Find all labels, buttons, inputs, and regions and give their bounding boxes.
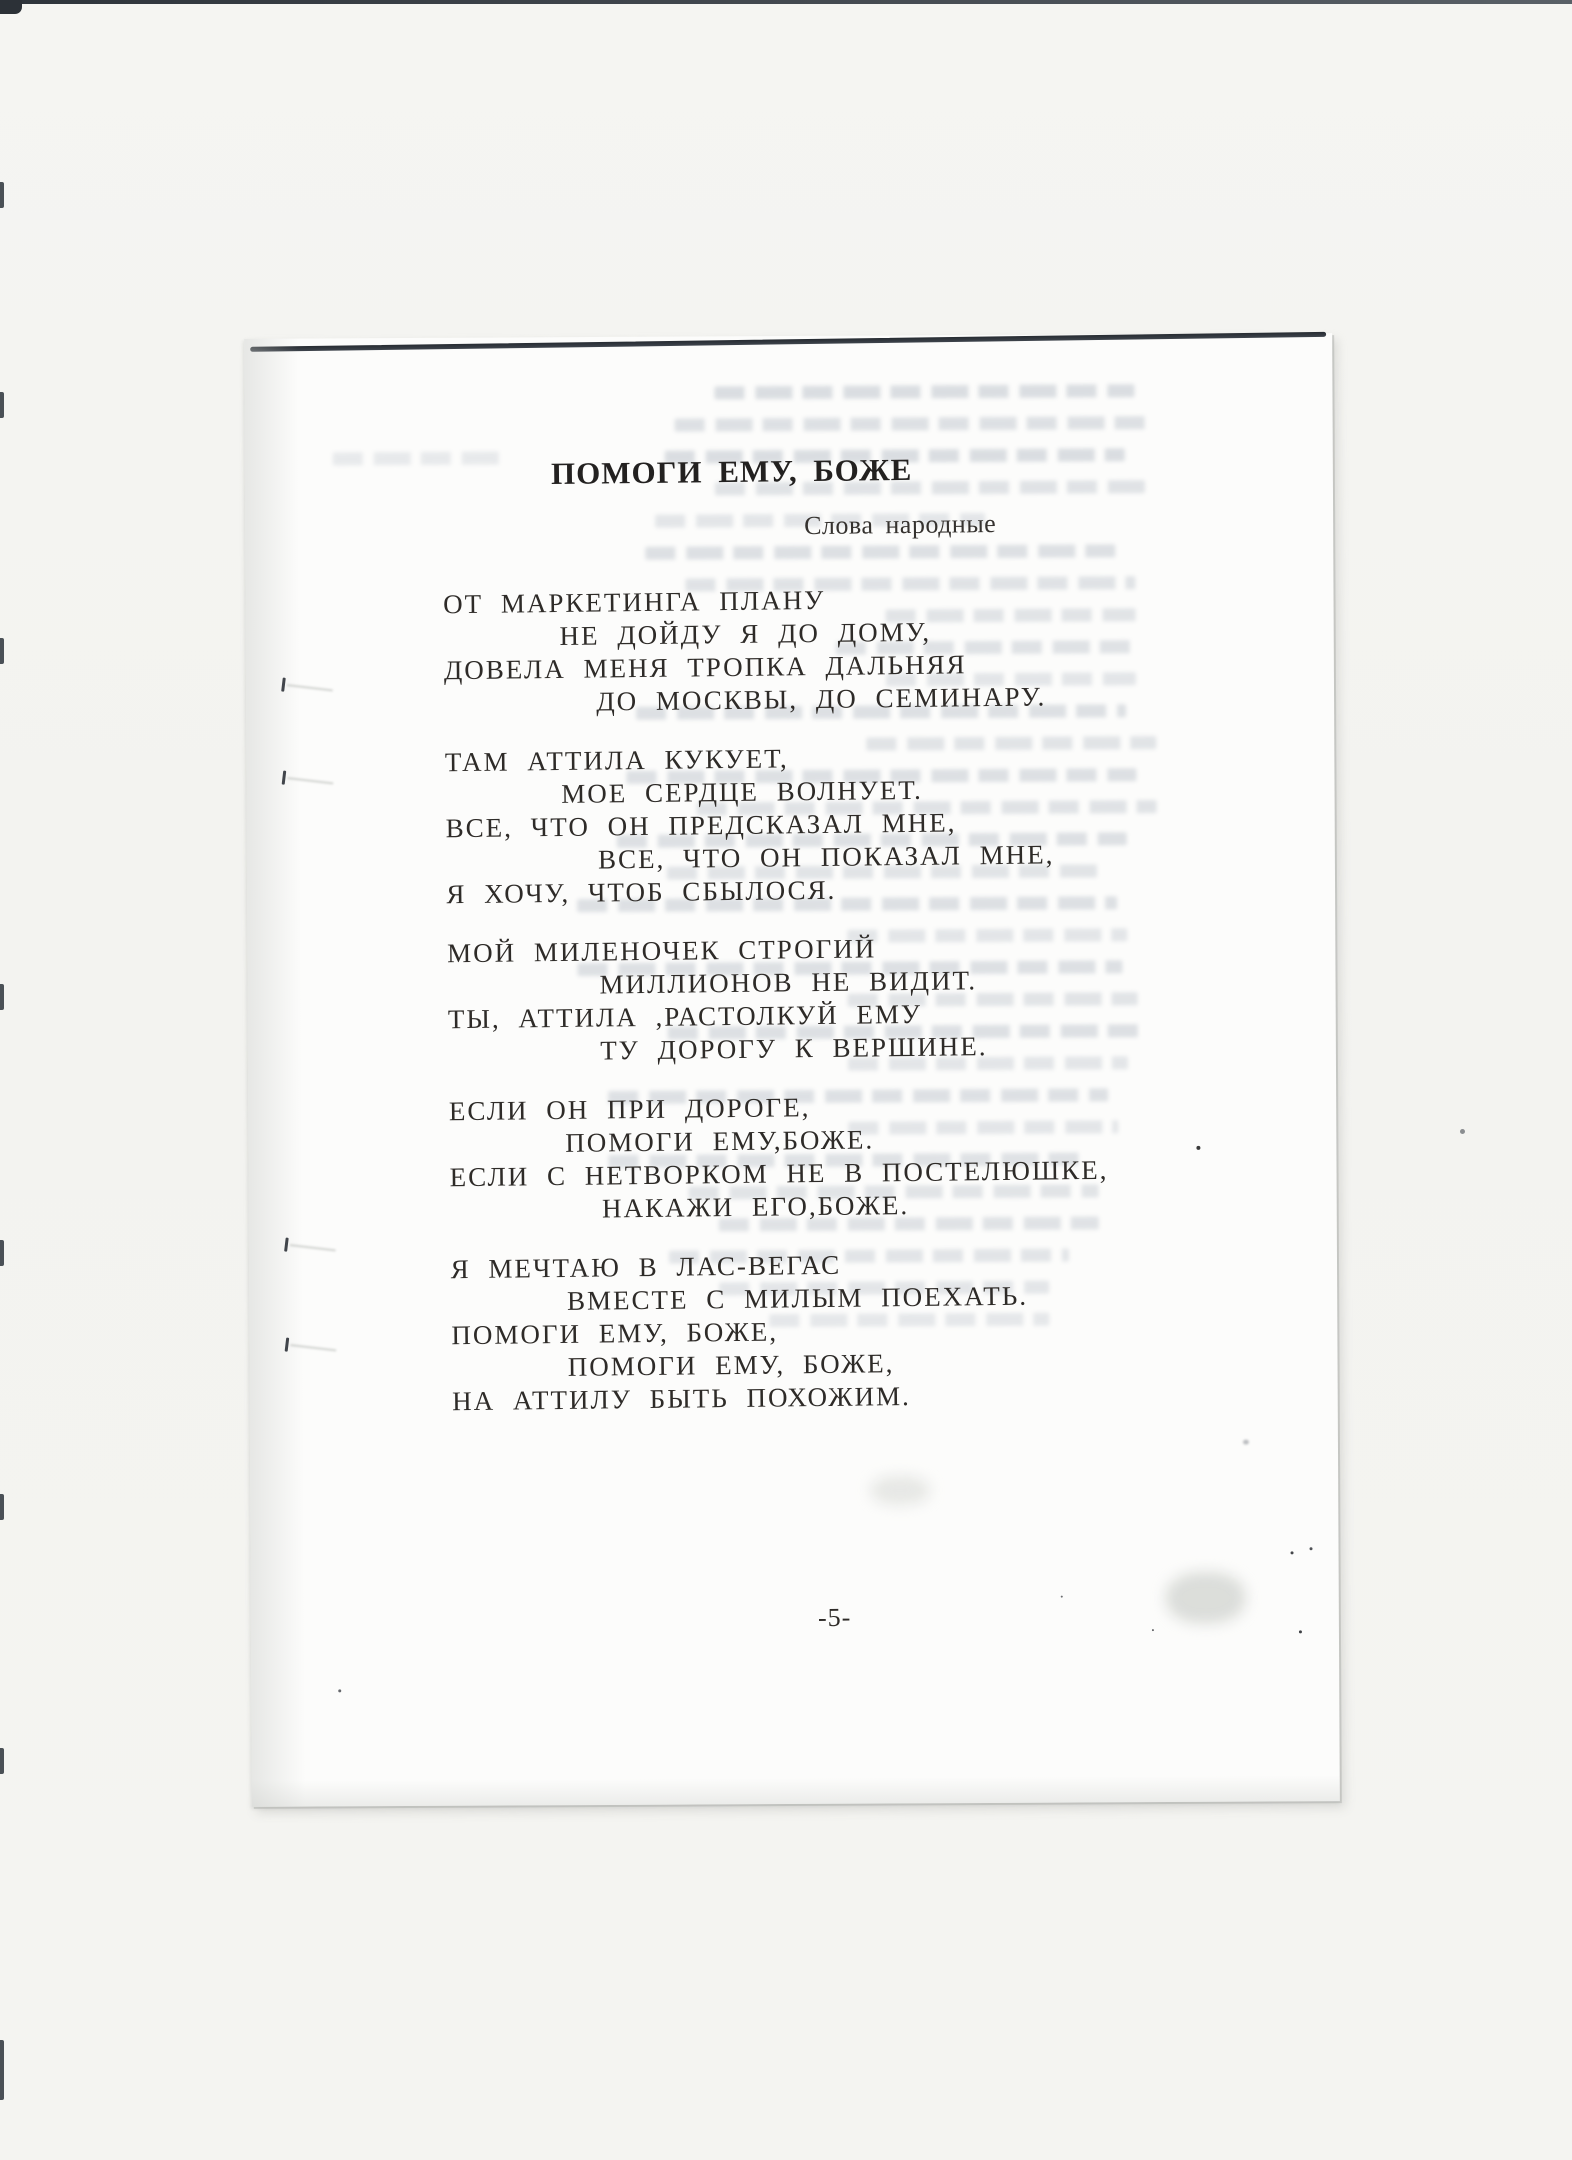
page-number: -5-	[635, 1601, 1035, 1636]
scanned-booklet-page: { "document": { "title": "ПОМОГИ ЕМУ, БО…	[0, 0, 1572, 2160]
scanner-edge-artifact	[0, 392, 4, 418]
song-title: ПОМОГИ ЕМУ, БОЖЕ	[411, 450, 1051, 493]
smudge-mark	[1166, 1572, 1246, 1624]
ink-speck	[1291, 1551, 1294, 1554]
scanner-corner-artifact	[0, 0, 22, 14]
scanner-top-edge-artifact	[0, 0, 1572, 4]
ink-speck	[1061, 1596, 1063, 1598]
ink-speck	[1152, 1629, 1154, 1631]
ink-speck	[1299, 1630, 1302, 1633]
stanza: ОТ МАРКЕТИНГА ПЛАНУНЕ ДОЙДУ Я ДО ДОМУ,ДО…	[443, 578, 1324, 720]
stanza: ТАМ АТТИЛА КУКУЕТ,МОЕ СЕРДЦЕ ВОЛНУЕТ.ВСЕ…	[445, 736, 1327, 911]
poem: ОТ МАРКЕТИНГА ПЛАНУНЕ ДОЙДУ Я ДО ДОМУ,ДО…	[443, 578, 1333, 1444]
stanza: Я МЕЧТАЮ В ЛАС-ВЕГАСВМЕСТЕ С МИЛЫМ ПОЕХА…	[451, 1243, 1333, 1418]
scanner-edge-artifact	[0, 1240, 4, 1266]
scanner-edge-artifact	[0, 1494, 4, 1520]
scanner-edge-artifact	[0, 1748, 4, 1774]
ink-speck	[1196, 1146, 1200, 1150]
attribution-line: Слова народные	[422, 509, 996, 546]
stanza: ЕСЛИ ОН ПРИ ДОРОГЕ,ПОМОГИ ЕМУ,БОЖЕ.ЕСЛИ …	[449, 1085, 1330, 1227]
scanner-edge-artifact	[0, 984, 4, 1010]
scanner-edge-artifact	[0, 638, 4, 664]
booklet-page: ПОМОГИ ЕМУ, БОЖЕ Слова народные ОТ МАРКЕ…	[244, 333, 1340, 1807]
stanza: МОЙ МИЛЕНОЧЕК СТРОГИЙМИЛЛИОНОВ НЕ ВИДИТ.…	[447, 927, 1328, 1069]
scanner-edge-artifact	[0, 2040, 4, 2100]
ink-speck	[1310, 1547, 1313, 1550]
smudge-mark	[870, 1475, 930, 1505]
pencil-mark	[1243, 1440, 1249, 1445]
scanner-edge-artifact	[0, 182, 4, 208]
ink-speck	[338, 1689, 341, 1692]
dust-speck	[1460, 1129, 1465, 1134]
